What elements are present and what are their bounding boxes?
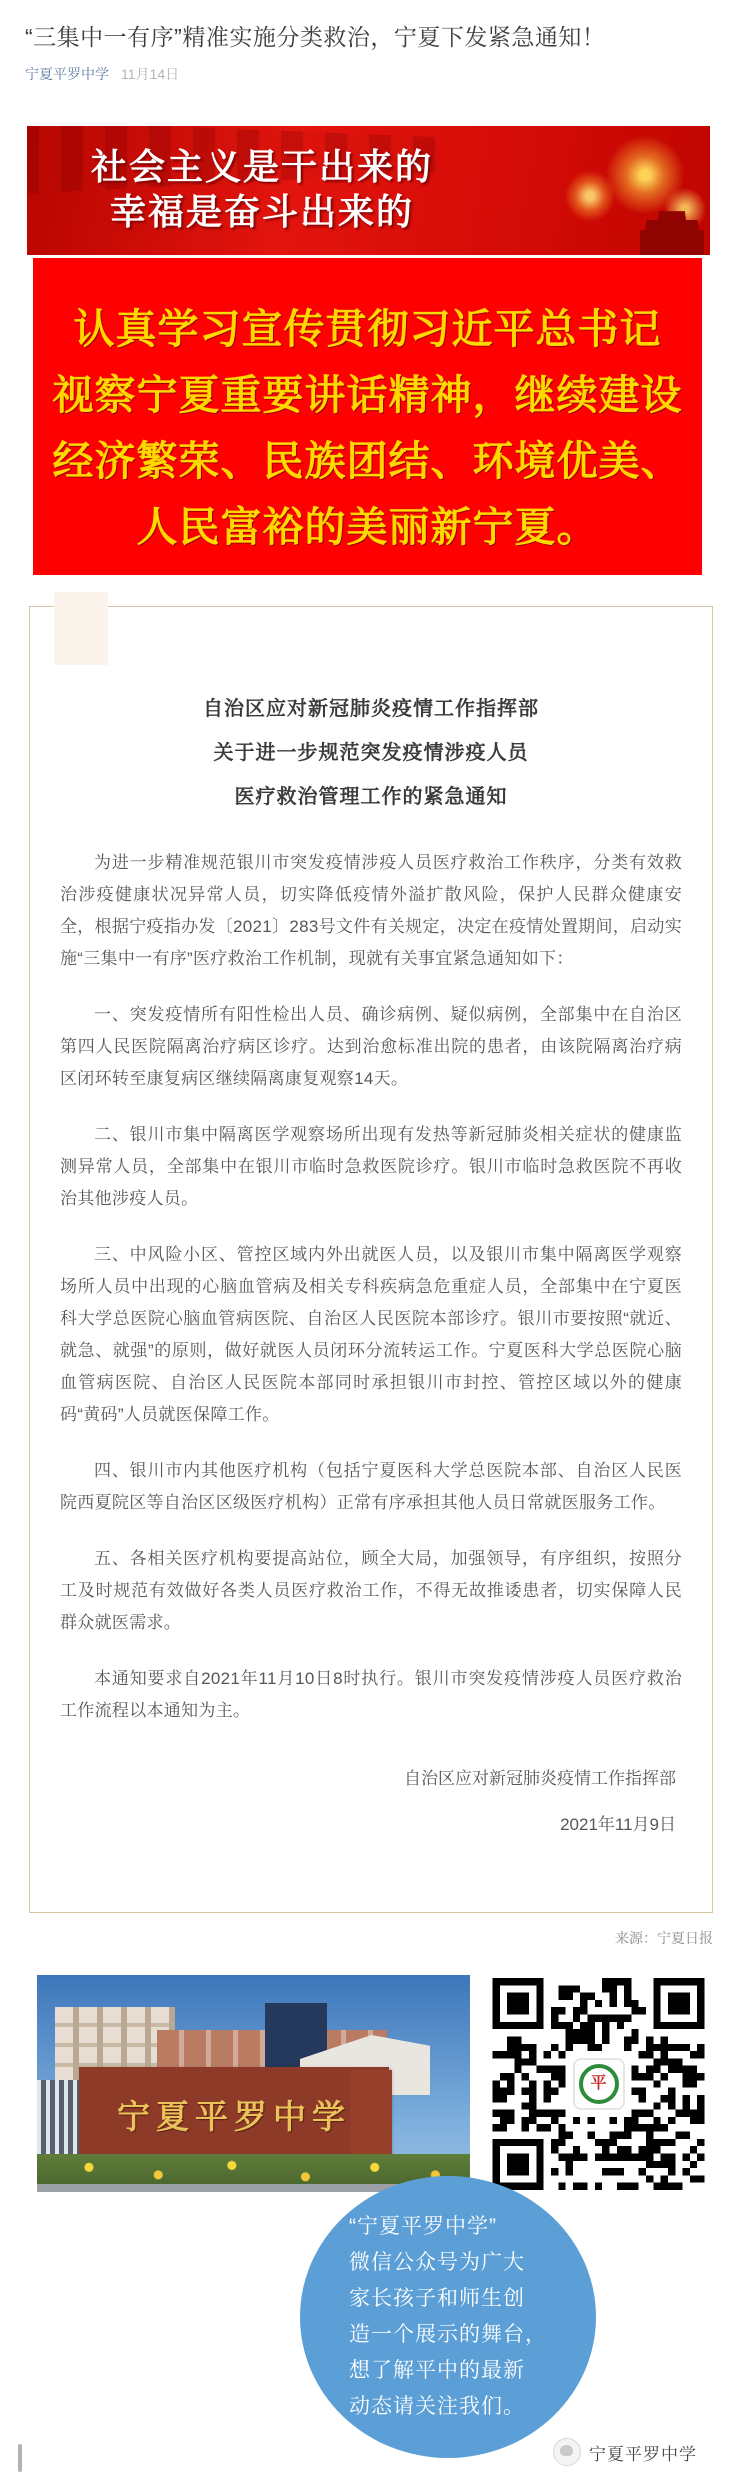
slogan-line-1: 认真学习宣传贯彻习近平总书记: [33, 296, 702, 362]
notice-body: 为进一步精准规范银川市突发疫情涉疫人员医疗救治工作秩序，分类有效救治涉疫健康状况…: [60, 847, 682, 1841]
school-gate-photo[interactable]: 宁夏平罗中学: [37, 1975, 470, 2192]
promo-line-6: 动态请关注我们。: [349, 2389, 547, 2425]
notice-paragraph: 为进一步精准规范银川市突发疫情涉疫人员医疗救治工作秩序，分类有效救治涉疫健康状况…: [60, 847, 682, 975]
notice-paragraph: 一、突发疫情所有阳性检出人员、确诊病例、疑似病例，全部集中在自治区第四人民医院隔…: [60, 999, 682, 1095]
publish-date: 11月14日: [121, 66, 179, 82]
qr-logo-mark: 平: [590, 2076, 606, 2092]
notice-heading: 自治区应对新冠肺炎疫情工作指挥部 关于进一步规范突发疫情涉疫人员 医疗救治管理工…: [60, 687, 682, 819]
qr-center-logo: 平: [573, 2058, 625, 2110]
banner-line-2: 幸福是奋斗出来的: [27, 190, 497, 234]
promo-circle: “宁夏平罗中学” 微信公众号为广大 家长孩子和师生创 造一个展示的舞台， 想了解…: [300, 2176, 596, 2458]
notice-signature: 自治区应对新冠肺炎疫情工作指挥部: [60, 1763, 676, 1795]
decor-highlight-block: [54, 592, 108, 665]
source-attribution: 来源：宁夏日报: [615, 1928, 713, 1948]
firework-icon: [560, 166, 620, 226]
notice-paragraph: 四、银川市内其他医疗机构（包括宁夏医科大学总医院本部、自治区人民医院西夏院区等自…: [60, 1455, 682, 1519]
banner-line-1: 社会主义是干出来的: [27, 144, 497, 190]
promo-line-3: 家长孩子和师生创: [349, 2281, 547, 2317]
promo-line-2: 微信公众号为广大: [349, 2245, 547, 2281]
notice-sign-date: 2021年11月9日: [60, 1809, 676, 1841]
promo-text: “宁夏平罗中学” 微信公众号为广大 家长孩子和师生创 造一个展示的舞台， 想了解…: [349, 2209, 547, 2425]
notice-signature-block: 自治区应对新冠肺炎疫情工作指挥部 2021年11月9日: [60, 1763, 682, 1841]
notice-heading-line-2: 关于进一步规范突发疫情涉疫人员: [60, 731, 682, 775]
footer-account-name: 宁夏平罗中学: [589, 2440, 697, 2465]
footer-divider-bar: [18, 2444, 22, 2472]
slogan-line-3: 经济繁荣、民族团结、环境优美、: [33, 428, 702, 494]
qr-code[interactable]: 平: [487, 1978, 710, 2190]
notice-heading-line-1: 自治区应对新冠肺炎疫情工作指挥部: [60, 687, 682, 731]
promo-line-5: 想了解平中的最新: [349, 2353, 547, 2389]
gate-wall-text: 宁夏平罗中学: [117, 2091, 351, 2138]
gate-pillar: [350, 2070, 392, 2162]
school-logo-icon: [553, 2438, 581, 2466]
account-link[interactable]: 宁夏平罗中学: [25, 66, 109, 82]
banner-slogan: 社会主义是干出来的 幸福是奋斗出来的: [27, 144, 497, 234]
article-title: “三集中一有序”精准实施分类救治，宁夏下发紧急通知！: [25, 20, 715, 54]
school-emblem-icon: 平: [579, 2064, 619, 2104]
wechat-article-page: “三集中一有序”精准实施分类救治，宁夏下发紧急通知！ 宁夏平罗中学11月14日 …: [0, 0, 735, 2472]
notice-document-box: 自治区应对新冠肺炎疫情工作指挥部 关于进一步规范突发疫情涉疫人员 医疗救治管理工…: [29, 606, 713, 1913]
notice-paragraph: 三、中风险小区、管控区域内外出就医人员，以及银川市集中隔离医学观察场所人员中出现…: [60, 1239, 682, 1431]
notice-paragraph: 本通知要求自2021年11月10日8时执行。银川市突发疫情涉疫人员医疗救治工作流…: [60, 1663, 682, 1727]
notice-paragraph: 二、银川市集中隔离医学观察场所出现有发热等新冠肺炎相关症状的健康监测异常人员，全…: [60, 1119, 682, 1215]
slogan-line-2: 视察宁夏重要讲话精神，继续建设: [33, 362, 702, 428]
notice-heading-line-3: 医疗救治管理工作的紧急通知: [60, 775, 682, 819]
slogan-image[interactable]: 认真学习宣传贯彻习近平总书记 视察宁夏重要讲话精神，继续建设 经济繁荣、民族团结…: [33, 258, 702, 575]
promo-line-4: 造一个展示的舞台，: [349, 2317, 547, 2353]
slogan-line-4: 人民富裕的美丽新宁夏。: [33, 494, 702, 560]
gate-wall: 宁夏平罗中学: [79, 2067, 389, 2162]
promo-line-1: “宁夏平罗中学”: [349, 2209, 547, 2245]
notice-paragraph: 五、各相关医疗机构要提高站位，顾全大局，加强领导，有序组织，按照分工及时规范有效…: [60, 1543, 682, 1639]
article-meta: 宁夏平罗中学11月14日: [25, 64, 179, 84]
banner-image[interactable]: 社会主义是干出来的 幸福是奋斗出来的: [27, 126, 710, 255]
footer-account: 宁夏平罗中学: [553, 2438, 697, 2466]
